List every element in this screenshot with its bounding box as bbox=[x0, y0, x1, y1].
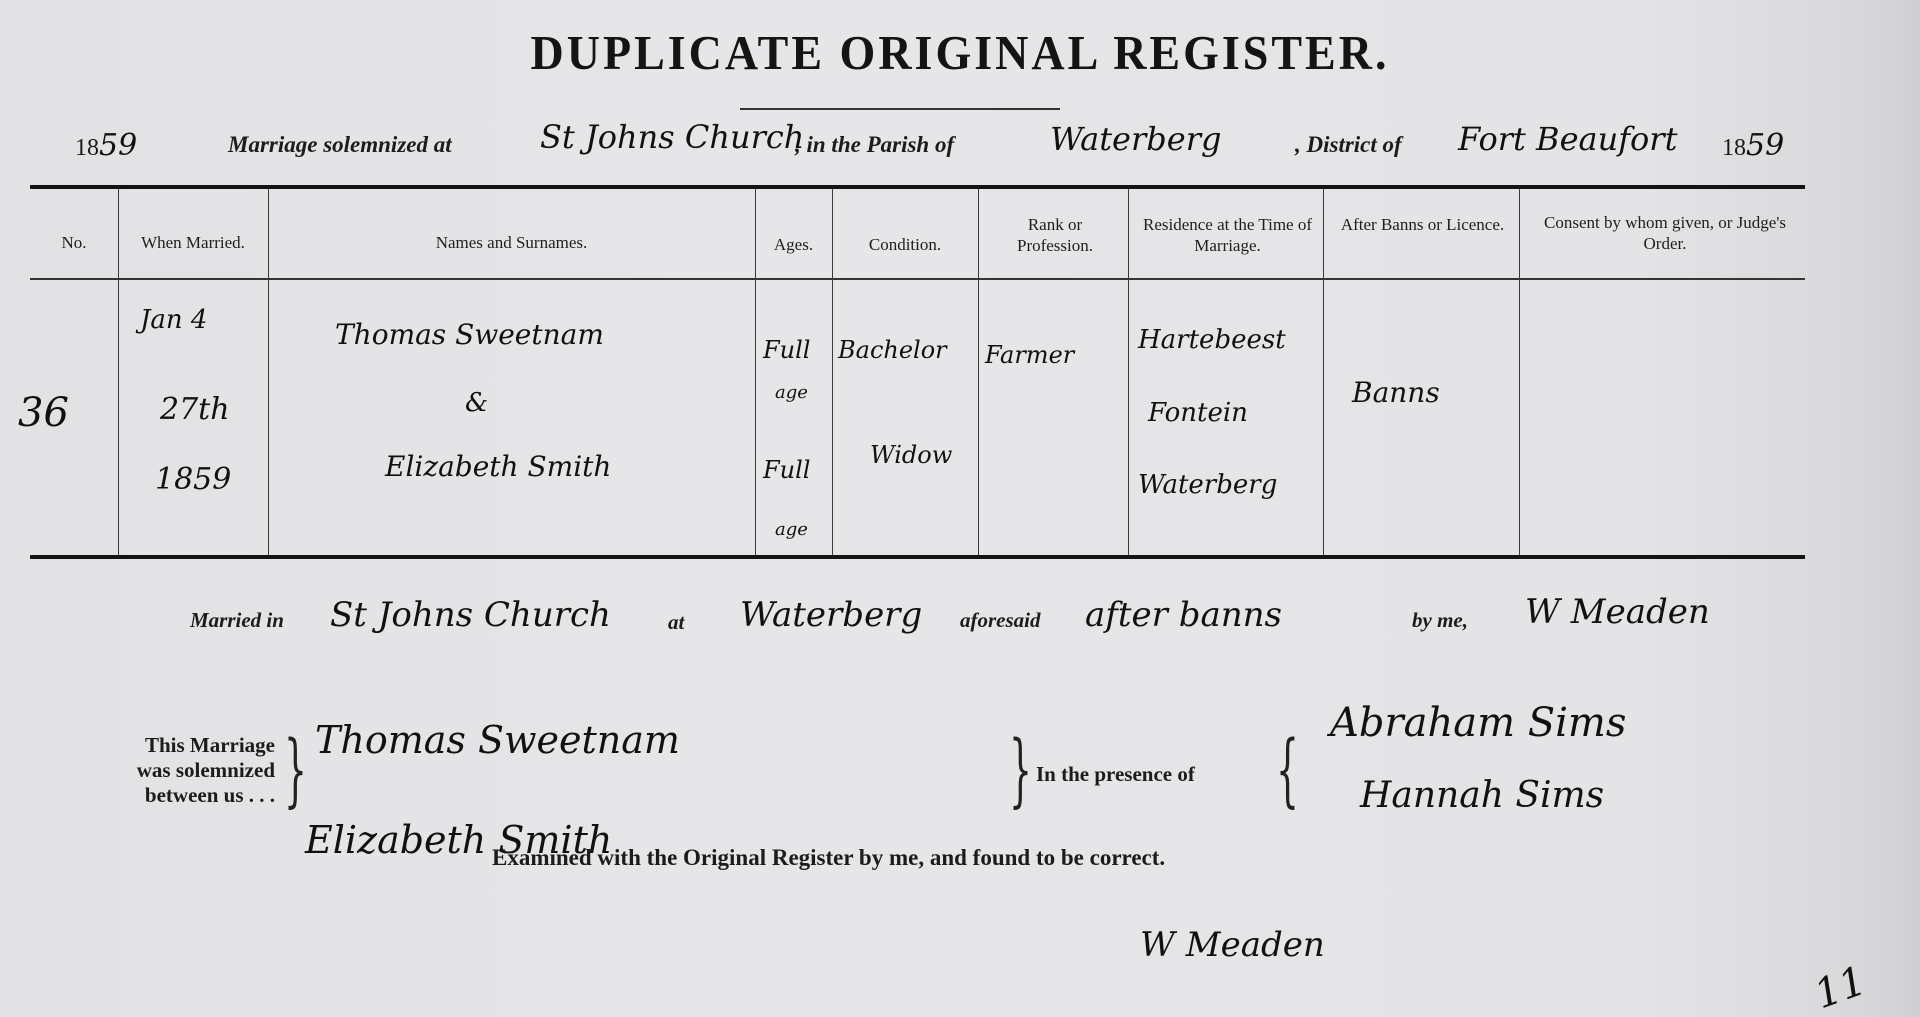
header-church: St Johns Church bbox=[540, 118, 804, 156]
col-header-no: No. bbox=[30, 232, 118, 253]
table-bottom-rule bbox=[30, 555, 1805, 559]
register-page: DUPLICATE ORIGINAL REGISTER. 1859 Marria… bbox=[0, 0, 1920, 1017]
rank-profession: Farmer bbox=[985, 340, 1074, 370]
groom-age: Full bbox=[763, 335, 810, 365]
col-header-rank: Rank or Profession. bbox=[1000, 214, 1110, 256]
col-divider bbox=[1519, 189, 1520, 555]
banns-or-licence: Banns bbox=[1352, 378, 1440, 408]
officiant-signature: W Meaden bbox=[1525, 592, 1710, 632]
header-overline bbox=[740, 108, 1060, 110]
year-prefix: 18 bbox=[75, 135, 99, 161]
solemnized-line: This Marriage bbox=[85, 733, 275, 758]
header-district: Fort Beaufort bbox=[1458, 120, 1677, 158]
col-header-banns: After Banns or Licence. bbox=[1340, 214, 1505, 235]
groom-name: Thomas Sweetnam bbox=[335, 320, 604, 350]
residence-line: Fontein bbox=[1148, 398, 1248, 428]
bride-age: Full bbox=[763, 455, 810, 485]
solemnized-line: between us . . . bbox=[85, 783, 275, 808]
bride-condition: Widow bbox=[870, 440, 952, 470]
year-handwritten: 59 bbox=[99, 128, 137, 163]
when-married-line: 27th bbox=[160, 395, 230, 425]
names-ampersand: & bbox=[465, 388, 488, 418]
witness-signature: Abraham Sims bbox=[1330, 700, 1626, 746]
presence-label: In the presence of bbox=[1036, 762, 1195, 787]
header-year: 1859 bbox=[75, 128, 137, 163]
groom-signature: Thomas Sweetnam bbox=[315, 718, 680, 762]
col-header-names: Names and Surnames. bbox=[268, 232, 755, 253]
by-me-label: by me, bbox=[1412, 608, 1468, 633]
col-divider bbox=[1128, 189, 1129, 555]
year-right-handwritten: 59 bbox=[1746, 128, 1784, 163]
register-title: DUPLICATE ORIGINAL REGISTER. bbox=[0, 25, 1920, 81]
left-brace: } bbox=[284, 730, 307, 810]
presence-left-brace: } bbox=[1009, 730, 1032, 810]
table-header-rule bbox=[30, 278, 1805, 280]
residence-line: Waterberg bbox=[1138, 470, 1277, 500]
solemnized-between-label: This Marriage was solemnized between us … bbox=[85, 733, 275, 808]
solemnized-line: was solemnized bbox=[85, 758, 275, 783]
witness-signature: Hannah Sims bbox=[1360, 775, 1604, 816]
col-divider bbox=[1323, 189, 1324, 555]
presence-right-brace: { bbox=[1276, 730, 1299, 810]
examiner-signature: W Meaden bbox=[1140, 925, 1325, 965]
married-in-church: St Johns Church bbox=[330, 595, 611, 635]
examined-statement: Examined with the Original Register by m… bbox=[492, 845, 1165, 871]
entry-number: 36 bbox=[18, 398, 69, 428]
bride-name: Elizabeth Smith bbox=[385, 452, 611, 482]
married-at-place: Waterberg bbox=[740, 595, 922, 635]
district-label: , District of bbox=[1295, 132, 1402, 158]
when-married-line: 1859 bbox=[155, 465, 231, 495]
col-header-consent: Consent by whom given, or Judge's Order. bbox=[1530, 212, 1800, 254]
residence-line: Hartebeest bbox=[1138, 325, 1286, 355]
aforesaid-label: aforesaid bbox=[960, 608, 1041, 633]
parish-label: , in the Parish of bbox=[795, 132, 954, 158]
table-top-rule bbox=[30, 185, 1805, 189]
marriage-solemnized-label: Marriage solemnized at bbox=[228, 132, 452, 158]
bride-age-suffix: age bbox=[775, 515, 808, 545]
aforesaid-value: after banns bbox=[1085, 595, 1282, 635]
at-label: at bbox=[668, 610, 684, 635]
year-right-prefix: 18 bbox=[1722, 135, 1746, 161]
col-header-residence: Residence at the Time of Marriage. bbox=[1135, 214, 1320, 256]
col-header-condition: Condition. bbox=[832, 234, 978, 255]
page-mark: 11 bbox=[1809, 958, 1873, 1017]
when-married-line: Jan 4 bbox=[140, 305, 207, 335]
header-parish: Waterberg bbox=[1050, 120, 1221, 158]
col-header-when-married: When Married. bbox=[118, 232, 268, 253]
groom-condition: Bachelor bbox=[838, 335, 947, 365]
col-header-ages: Ages. bbox=[755, 234, 832, 255]
married-in-label: Married in bbox=[190, 608, 284, 633]
groom-age-suffix: age bbox=[775, 378, 808, 408]
col-divider bbox=[978, 189, 979, 555]
header-year-right: 1859 bbox=[1722, 128, 1784, 163]
